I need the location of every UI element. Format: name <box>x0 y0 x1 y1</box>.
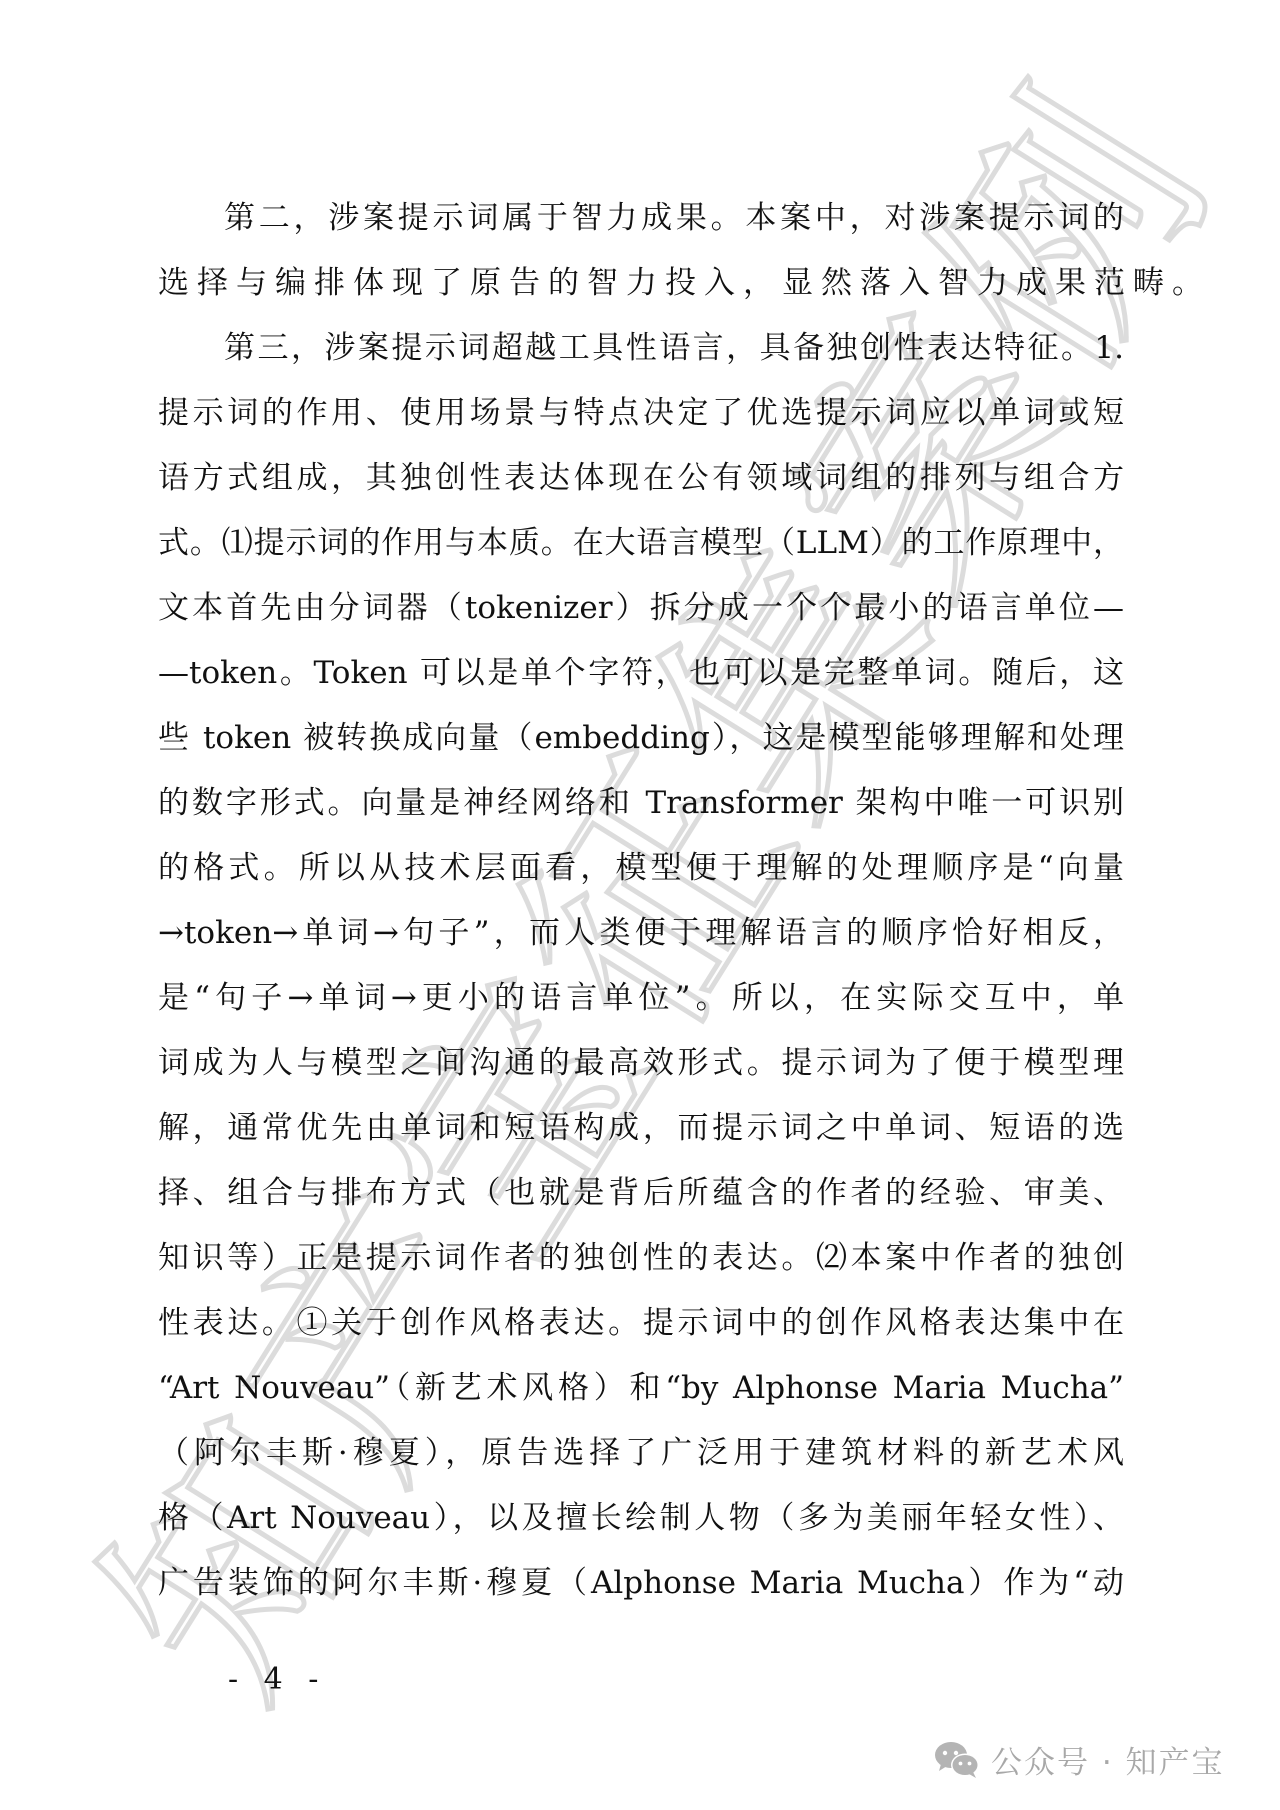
paragraph-third: 第三，涉案提示词超越工具性语言，具备独创性表达特征。1. 提示词的作用、使用场景… <box>158 323 1124 1623</box>
text-line: （阿尔丰斯·穆夏），原告选择了广泛用于建筑材料的新艺术风 <box>158 1428 1124 1493</box>
text-line: 是“句子→单词→更小的语言单位”。所以，在实际交互中，单 <box>158 973 1124 1038</box>
text-line: 选择与编排体现了原告的智力投入，显然落入智力成果范畴。 <box>158 258 1124 323</box>
text-line: 提示词的作用、使用场景与特点决定了优选提示词应以单词或短 <box>158 388 1124 453</box>
text-line: →token→单词→句子”，而人类便于理解语言的顺序恰好相反， <box>158 908 1124 973</box>
document-page: 知产宝征集案例 第二，涉案提示词属于智力成果。本案中，对涉案提示词的 选择与编排… <box>0 0 1280 1810</box>
text-line: 的格式。所以从技术层面看，模型便于理解的处理顺序是“向量 <box>158 843 1124 908</box>
text-line: 解，通常优先由单词和短语构成，而提示词之中单词、短语的选 <box>158 1103 1124 1168</box>
text-line: “Art Nouveau”（新艺术风格）和“by Alphonse Maria … <box>158 1363 1124 1428</box>
text-line: 广告装饰的阿尔丰斯·穆夏（Alphonse Maria Mucha）作为“动 <box>158 1558 1124 1623</box>
text-line: 性表达。①关于创作风格表达。提示词中的创作风格表达集中在 <box>158 1298 1124 1363</box>
paragraph-second: 第二，涉案提示词属于智力成果。本案中，对涉案提示词的 选择与编排体现了原告的智力… <box>158 193 1124 323</box>
text-line: 格（Art Nouveau），以及擅长绘制人物（多为美丽年轻女性）、 <box>158 1493 1124 1558</box>
text-line: 择、组合与排布方式（也就是背后所蕴含的作者的经验、审美、 <box>158 1168 1124 1233</box>
text-line: 知识等）正是提示词作者的独创性的表达。⑵本案中作者的独创 <box>158 1233 1124 1298</box>
source-label: 公众号 · 知产宝 <box>991 1737 1225 1782</box>
page-number: - 4 - <box>228 1662 326 1697</box>
source-badge: 公众号 · 知产宝 <box>933 1737 1225 1782</box>
wechat-icon <box>933 1740 981 1780</box>
text-line: 第二，涉案提示词属于智力成果。本案中，对涉案提示词的 <box>158 193 1124 258</box>
text-line: 的数字形式。向量是神经网络和 Transformer 架构中唯一可识别 <box>158 778 1124 843</box>
document-body: 第二，涉案提示词属于智力成果。本案中，对涉案提示词的 选择与编排体现了原告的智力… <box>158 193 1124 1623</box>
text-line: 第三，涉案提示词超越工具性语言，具备独创性表达特征。1. <box>158 323 1124 388</box>
text-line: 些 token 被转换成向量（embedding），这是模型能够理解和处理 <box>158 713 1124 778</box>
text-line: 式。⑴提示词的作用与本质。在大语言模型（LLM）的工作原理中， <box>158 518 1124 583</box>
text-line: 文本首先由分词器（tokenizer）拆分成一个个最小的语言单位— <box>158 583 1124 648</box>
text-line: 词成为人与模型之间沟通的最高效形式。提示词为了便于模型理 <box>158 1038 1124 1103</box>
text-line: —token。Token 可以是单个字符，也可以是完整单词。随后，这 <box>158 648 1124 713</box>
text-line: 语方式组成，其独创性表达体现在公有领域词组的排列与组合方 <box>158 453 1124 518</box>
